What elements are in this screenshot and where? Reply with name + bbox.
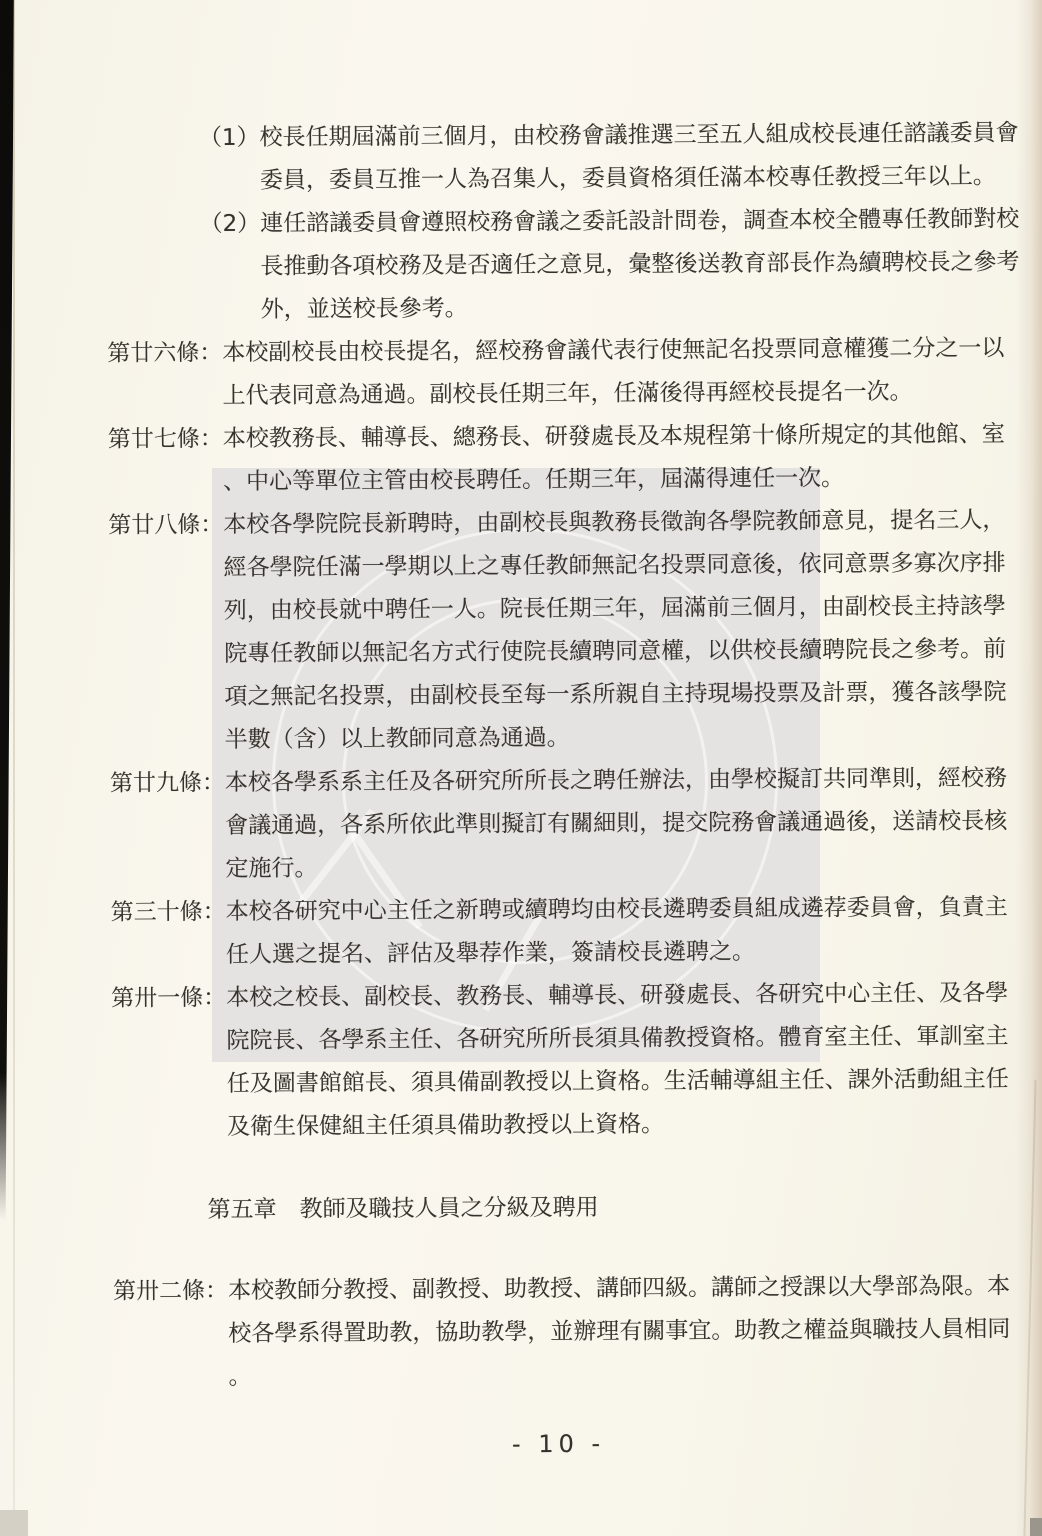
text-line: 本校各學院院長新聘時，由副校長與教務長徵詢各學院教師意見，提名三人， — [223, 499, 1005, 547]
article-row-label: 第廿八條： — [108, 504, 223, 548]
scanned-document-page: （1）校長任期屆滿前三個月，由校務會議推選三至五人組成校長連任諮議委員會委員，委… — [0, 0, 1042, 1536]
article-row-body: 本校各學院院長新聘時，由副校長與教務長徵詢各學院教師意見，提名三人，經各學院任滿… — [223, 499, 1007, 762]
text-line: 外，並送校長參考。 — [261, 284, 1020, 332]
text-line: 本校各學系系主任及各研究所所長之聘任辦法，由學校擬訂共同準則，經校務 — [225, 757, 1007, 805]
text-line: 本校各研究中心主任之新聘或續聘均由校長遴聘委員組成遴荐委員會，負責主 — [226, 886, 1008, 934]
article-row-body: 本校教師分教授、副教授、助教授、講師四級。講師之授課以大學部為限。本校各學系得置… — [228, 1265, 1011, 1399]
article-row-label: 第三十條： — [111, 891, 226, 935]
article-row-body: 本校各研究中心主任之新聘或續聘均由校長遴聘委員組成遴荐委員會，負責主任人選之提名… — [226, 886, 1009, 977]
text-line: 院專任教師以無記名方式行使院長續聘同意權，以供校長續聘院長之參考。前 — [224, 628, 1006, 676]
document-text: （1）校長任期屆滿前三個月，由校務會議推選三至五人組成校長連任諮議委員會委員，委… — [0, 112, 1042, 1469]
text-line: 列，由校長就中聘任一人。院長任期三年，屆滿前三個月，由副校長主持該學 — [224, 585, 1006, 633]
sub-item-row: （1）校長任期屆滿前三個月，由校務會議推選三至五人組成校長連任諮議委員會委員，委… — [0, 112, 1038, 204]
text-line: 本校之校長、副校長、教務長、輔導長、研發處長、各研究中心主任、及各學 — [226, 972, 1008, 1020]
sub-item-row-body: 連任諮議委員會遵照校務會議之委託設計問卷，調查本校全體專任教師對校長推動各項校務… — [260, 198, 1020, 332]
article-row: 第廿九條：本校各學系系主任及各研究所所長之聘任辦法，由學校擬訂共同準則，經校務會… — [0, 757, 1042, 892]
text-line: 上代表同意為通過。副校長任期三年，任滿後得再經校長提名一次。 — [222, 370, 1004, 418]
text-line: 定施行。 — [225, 843, 1007, 891]
text-line: 長推動各項校務及是否適任之意見，彙整後送教育部長作為續聘校長之參考 — [260, 241, 1019, 289]
article-row-label: 第卅二條： — [113, 1270, 228, 1314]
sub-item-row-body: 校長任期屆滿前三個月，由校務會議推選三至五人組成校長連任諮議委員會委員，委員互推… — [260, 112, 1020, 203]
text-line: 本校教務長、輔導長、總務長、研發處長及本規程第十條所規定的其他館、室 — [223, 413, 1005, 461]
text-line: 會議通過，各系所依此準則擬訂有關細則，提交院務會議通過後，送請校長核 — [225, 800, 1007, 848]
article-row: 第三十條：本校各研究中心主任之新聘或續聘均由校長遴聘委員組成遴荐委員會，負責主任… — [1, 886, 1042, 978]
scan-bottom-right-artifact — [1030, 1518, 1042, 1536]
chapter-number: 第五章 — [207, 1197, 276, 1223]
text-line: 本校教師分教授、副教授、助教授、講師四級。講師之授課以大學部為限。本 — [228, 1265, 1010, 1313]
text-line: 。 — [228, 1351, 1010, 1399]
text-line: 校各學系得置助教，協助教學，並辦理有關事宜。助教之權益與職技人員相同 — [228, 1308, 1010, 1356]
text-line: 連任諮議委員會遵照校務會議之委託設計問卷，調查本校全體專任教師對校 — [260, 198, 1019, 246]
text-line: 半數（含）以上教師同意為通過。 — [225, 714, 1007, 762]
page-number: - 10 - — [512, 1423, 605, 1467]
text-line: 院院長、各學系主任、各研究所所長須具備教授資格。體育室主任、軍訓室主 — [226, 1015, 1008, 1063]
article-row-label: 第廿七條： — [108, 418, 223, 462]
text-line: 委員，委員互推一人為召集人，委員資格須任滿本校專任教授三年以上。 — [260, 155, 1019, 203]
article-row: 第廿七條：本校教務長、輔導長、總務長、研發處長及本規程第十條所規定的其他館、室、… — [0, 413, 1040, 505]
article-row-label: 第廿九條： — [110, 762, 225, 806]
article-row-body: 本校教務長、輔導長、總務長、研發處長及本規程第十條所規定的其他館、室、中心等單位… — [223, 413, 1006, 504]
sub-item-row-label: （2） — [199, 203, 260, 246]
article-row-body: 本校各學系系主任及各研究所所長之聘任辦法，由學校擬訂共同準則，經校務會議通過，各… — [225, 757, 1008, 891]
text-line: 經各學院任滿一學期以上之專任教師無記名投票同意後，依同意票多寡次序排 — [223, 542, 1005, 590]
chapter-heading: 第五章教師及職技人員之分級及聘用 — [207, 1184, 1042, 1232]
text-line: 項之無記名投票，由副校長至每一系所親自主持現場投票及計票，獲各該學院 — [224, 671, 1006, 719]
scan-bottom-left-artifact — [0, 1510, 28, 1536]
text-line: 任及圖書館館長、須具備副教授以上資格。生活輔導組主任、課外活動組主任 — [227, 1058, 1009, 1106]
article-row: 第廿八條：本校各學院院長新聘時，由副校長與教務長徵詢各學院教師意見，提名三人，經… — [0, 499, 1042, 763]
article-row-body: 本校之校長、副校長、教務長、輔導長、研發處長、各研究中心主任、及各學院院長、各學… — [226, 972, 1009, 1149]
text-line: 本校副校長由校長提名，經校務會議代表行使無記名投票同意權獲二分之一以 — [222, 327, 1004, 375]
article-row-label: 第卅一條： — [111, 977, 226, 1021]
text-line: 校長任期屆滿前三個月，由校務會議推選三至五人組成校長連任諮議委員會 — [260, 112, 1019, 160]
numbered-sub-items: （1）校長任期屆滿前三個月，由校務會議推選三至五人組成校長連任諮議委員會委員，委… — [0, 112, 1039, 333]
text-line: 、中心等單位主管由校長聘任。任期三年，屆滿得連任一次。 — [223, 456, 1005, 504]
article-row-label: 第廿六條： — [107, 332, 222, 376]
articles-after-chapter: 第卅二條：本校教師分教授、副教授、助教授、講師四級。講師之授課以大學部為限。本校… — [3, 1265, 1042, 1400]
text-line: 及衛生保健組主任須具備助教授以上資格。 — [227, 1101, 1009, 1149]
articles-list: 第廿六條：本校副校長由校長提名，經校務會議代表行使無記名投票同意權獲二分之一以上… — [0, 327, 1042, 1150]
sub-item-row: （2）連任諮議委員會遵照校務會議之委託設計問卷，調查本校全體專任教師對校長推動各… — [0, 198, 1039, 333]
article-row: 第卅一條：本校之校長、副校長、教務長、輔導長、研發處長、各研究中心主任、及各學院… — [1, 972, 1042, 1150]
article-row: 第廿六條：本校副校長由校長提名，經校務會議代表行使無記名投票同意權獲二分之一以上… — [0, 327, 1040, 419]
text-line: 任人選之提名、評估及舉荐作業，簽請校長遴聘之。 — [226, 929, 1008, 977]
article-row: 第卅二條：本校教師分教授、副教授、助教授、講師四級。講師之授課以大學部為限。本校… — [3, 1265, 1042, 1400]
sub-item-row-label: （1） — [199, 117, 260, 160]
chapter-title: 教師及職技人員之分級及聘用 — [299, 1195, 598, 1223]
article-row-body: 本校副校長由校長提名，經校務會議代表行使無記名投票同意權獲二分之一以上代表同意為… — [222, 327, 1005, 418]
